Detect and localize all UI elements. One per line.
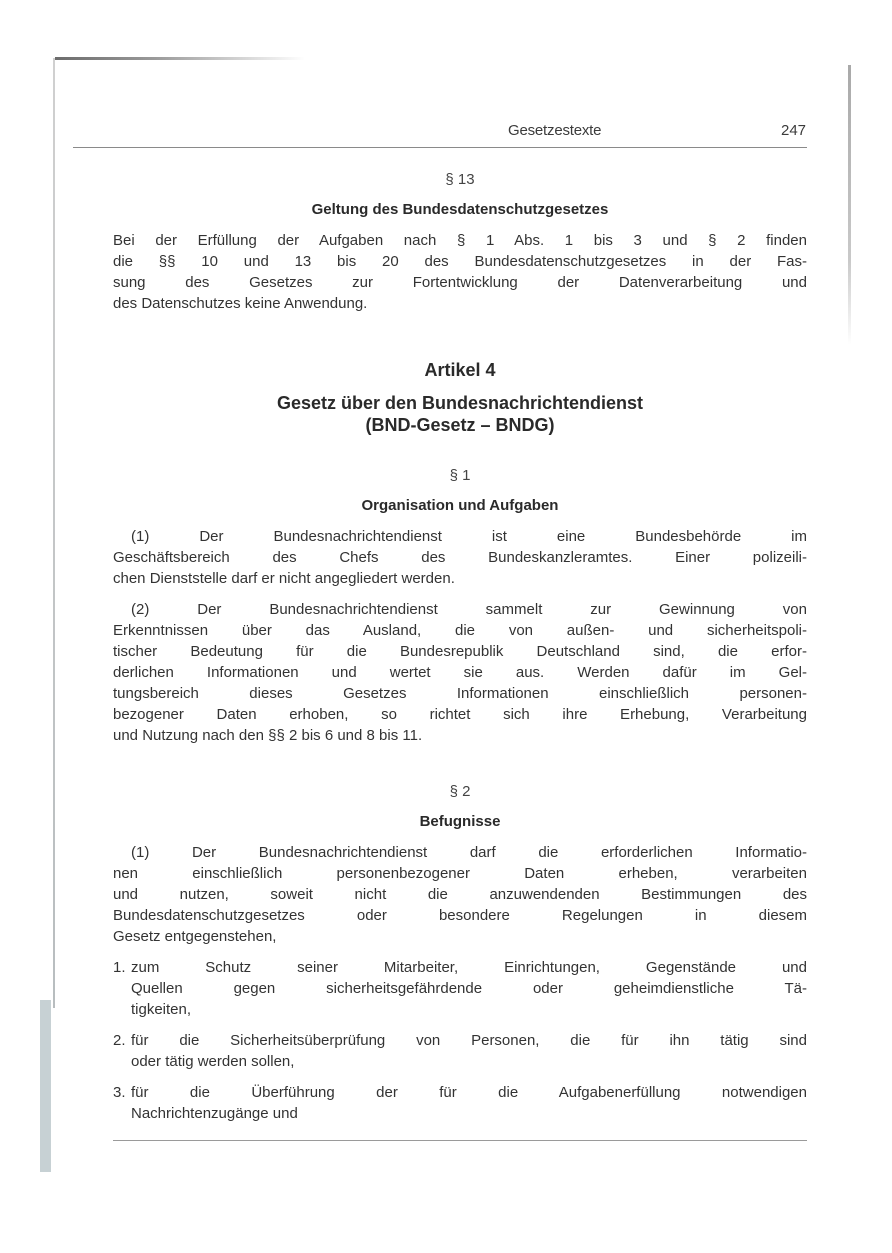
section-title-13: Geltung des Bundesdatenschutzgesetzes bbox=[113, 201, 807, 218]
s2-para1-line: Bundesdatenschutzgesetzes oder besondere… bbox=[113, 906, 807, 926]
article-title-line-1: Gesetz über den Bundesnachrichtendienst bbox=[113, 392, 807, 414]
section-title-1: Organisation und Aufgaben bbox=[113, 497, 807, 514]
section-title-2: Befugnisse bbox=[113, 813, 807, 830]
running-head: Gesetzestexte 247 bbox=[0, 122, 892, 142]
s1-para2-line: (2) Der Bundesnachrichtendienst sammelt … bbox=[131, 600, 807, 620]
s1-para1-line: Geschäftsbereich des Chefs des Bundeskan… bbox=[113, 548, 807, 568]
list-item-line: Quellen gegen sicherheitsgefährdende ode… bbox=[131, 979, 807, 999]
running-head-title: Gesetzestexte bbox=[508, 122, 601, 139]
s1-para2-line: und Nutzung nach den §§ 2 bis 6 und 8 bi… bbox=[113, 726, 807, 746]
s13-line: Bei der Erfüllung der Aufgaben nach § 1 … bbox=[113, 231, 807, 251]
page-number: 247 bbox=[781, 122, 806, 139]
s1-para2-line: Erkenntnissen über das Ausland, die von … bbox=[113, 621, 807, 641]
section-number-2: § 2 bbox=[113, 783, 807, 800]
s13-line: sung des Gesetzes zur Fortentwicklung de… bbox=[113, 273, 807, 293]
list-item-line: für die Überführung der für die Aufgaben… bbox=[131, 1083, 807, 1103]
scan-page-edge-right bbox=[848, 65, 851, 345]
list-item-number: 3. bbox=[113, 1083, 126, 1103]
header-rule bbox=[73, 147, 807, 148]
s13-line: des Datenschutzes keine Anwendung. bbox=[113, 294, 807, 314]
s2-para1-line: nen einschließlich personenbezogener Dat… bbox=[113, 864, 807, 884]
s1-para2-line: derlichen Informationen und wertet sie a… bbox=[113, 663, 807, 683]
article-label: Artikel 4 bbox=[113, 359, 807, 381]
section-number-13: § 13 bbox=[113, 171, 807, 188]
list-item-line: zum Schutz seiner Mitarbeiter, Einrichtu… bbox=[131, 958, 807, 978]
scan-page-edge-top bbox=[55, 57, 305, 60]
s2-para1-line: Gesetz entgegenstehen, bbox=[113, 927, 807, 947]
scan-page-edge-left bbox=[53, 58, 55, 1008]
s13-line: die §§ 10 und 13 bis 20 des Bundesdatens… bbox=[113, 252, 807, 272]
list-item-line: für die Sicherheitsüberprüfung von Perso… bbox=[131, 1031, 807, 1051]
s2-para1-line: und nutzen, soweit nicht die anzuwendend… bbox=[113, 885, 807, 905]
s1-para1-line: chen Dienststelle darf er nicht angeglie… bbox=[113, 569, 807, 589]
list-item-line: oder tätig werden sollen, bbox=[131, 1052, 807, 1072]
list-item-line: tigkeiten, bbox=[131, 1000, 807, 1020]
list-item-number: 2. bbox=[113, 1031, 126, 1051]
scan-binding-shadow bbox=[40, 1000, 51, 1172]
s1-para2-line: bezogener Daten erhoben, so richtet sich… bbox=[113, 705, 807, 725]
list-item-number: 1. bbox=[113, 958, 126, 978]
s1-para2-line: tungsbereich dieses Gesetzes Information… bbox=[113, 684, 807, 704]
s1-para2-line: tischer Bedeutung für die Bundesrepublik… bbox=[113, 642, 807, 662]
list-item-line: Nachrichtenzugänge und bbox=[131, 1104, 807, 1124]
s1-para1-line: (1) Der Bundesnachrichtendienst ist eine… bbox=[131, 527, 807, 547]
footer-rule bbox=[113, 1140, 807, 1141]
s2-para1-line: (1) Der Bundesnachrichtendienst darf die… bbox=[131, 843, 807, 863]
article-title-line-2: (BND-Gesetz – BNDG) bbox=[113, 414, 807, 436]
section-number-1: § 1 bbox=[113, 467, 807, 484]
